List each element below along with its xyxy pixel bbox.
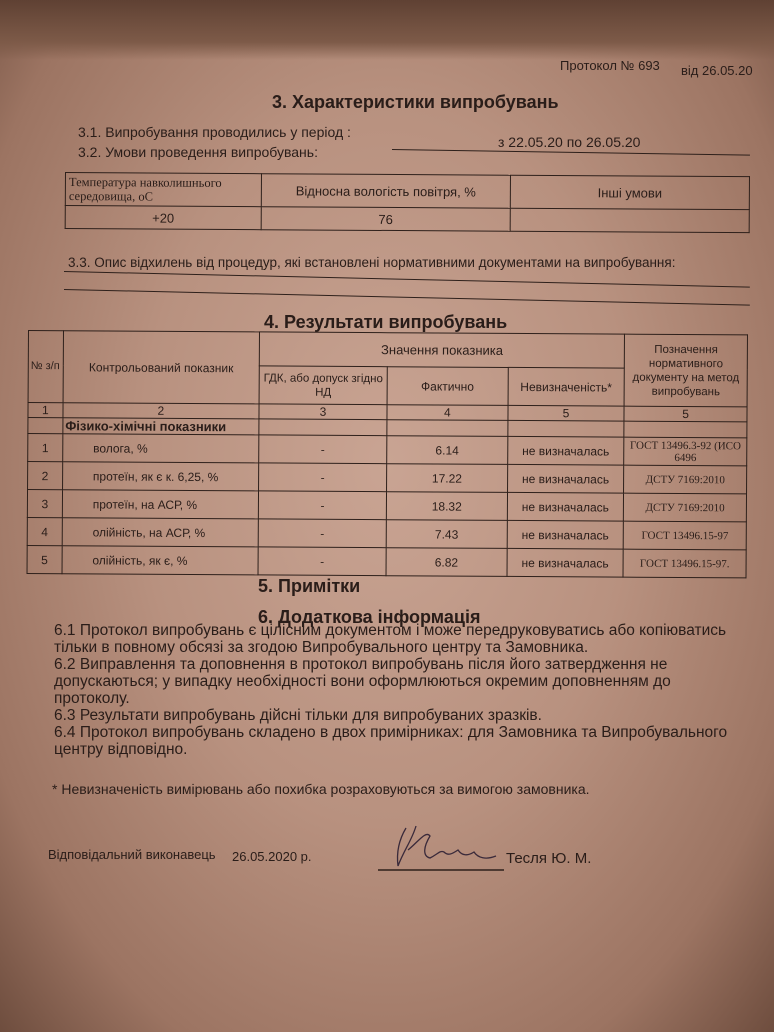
other-conditions-value — [510, 208, 749, 232]
row-actual: 6.82 — [386, 548, 507, 577]
row-uncertainty: не визначалась — [507, 492, 624, 521]
row-uncertainty: не визначалась — [507, 520, 624, 549]
row-indicator: волога, % — [63, 434, 259, 463]
col-header-indicator: Контрольований показник — [63, 331, 260, 404]
row-uncertainty: не визначалась — [507, 548, 624, 577]
conditions-table: Температура навколишнього середовища, оС… — [65, 172, 750, 233]
footnote: * Невизначеність вимірювань або похибка … — [52, 781, 590, 797]
row-indicator: протеїн, на АСР, % — [62, 490, 258, 519]
col-header-limit: ГДК, або допуск згідно НД — [259, 366, 387, 405]
group-label: Фізико-хімічні показники — [63, 418, 259, 435]
col-number: 1 — [28, 403, 63, 418]
results-table: № з/п Контрольований показник Значення п… — [27, 330, 748, 578]
row-limit: - — [258, 547, 386, 576]
row-limit: - — [258, 463, 386, 492]
item-3-2-label: 3.2. Умови проведення випробувань: — [78, 144, 318, 160]
row-actual: 6.14 — [387, 436, 508, 465]
deviation-line-2 — [64, 289, 750, 306]
row-method: ДСТУ 7169:2010 — [624, 465, 747, 494]
col-number: 4 — [387, 405, 508, 421]
row-method: ГОСТ 13496.15-97 — [624, 521, 747, 550]
row-uncertainty: не визначалась — [507, 436, 624, 465]
humidity-value: 76 — [261, 207, 510, 232]
temperature-header: Температура навколишнього середовища, оС — [65, 173, 261, 207]
row-num: 3 — [27, 490, 62, 518]
photo-background-shadow — [0, 0, 774, 60]
row-indicator: протеїн, як є к. 6,25, % — [62, 462, 258, 491]
protocol-number: Протокол № 693 — [560, 58, 660, 73]
row-method: ГОСТ 13496.15-97. — [623, 549, 746, 578]
row-num: 4 — [27, 517, 62, 545]
table-row: 4 олійність, на АСР, % - 7.43 не визнача… — [27, 517, 746, 549]
info-item-6-1: 6.1 Протокол випробувань є цілісним доку… — [54, 622, 734, 656]
row-actual: 17.22 — [387, 464, 508, 493]
other-conditions-header: Інші умови — [510, 175, 749, 209]
signature-icon — [378, 820, 508, 875]
row-uncertainty: не визначалась — [507, 464, 624, 493]
row-method: ДСТУ 7169:2010 — [624, 493, 747, 522]
row-num: 5 — [27, 545, 62, 573]
deviation-line-1 — [64, 271, 750, 288]
col-number: 2 — [63, 403, 259, 419]
table-row: 3 протеїн, на АСР, % - 18.32 не визначал… — [27, 490, 746, 522]
section-5-title: 5. Примітки — [258, 576, 360, 597]
col-header-values-group: Значення показника — [259, 332, 625, 368]
test-period: з 22.05.20 по 26.05.20 — [498, 134, 640, 150]
info-item-6-3: 6.3 Результати випробувань дійсні тільки… — [54, 707, 734, 724]
executor-name: Тесля Ю. М. — [506, 850, 591, 867]
col-header-num: № з/п — [28, 331, 63, 403]
row-actual: 7.43 — [386, 520, 507, 549]
row-indicator: олійність, як є, % — [62, 546, 258, 575]
col-number: 3 — [259, 404, 387, 420]
table-row: 2 протеїн, як є к. 6,25, % - 17.22 не ви… — [28, 462, 747, 494]
protocol-date: від 26.05.20 — [681, 63, 753, 78]
col-header-uncertainty: Невизначеність* — [508, 367, 625, 406]
row-method: ГОСТ 13496.3-92 (ИСО 6496 — [624, 437, 747, 466]
row-actual: 18.32 — [387, 492, 508, 521]
col-number: 5 — [508, 405, 625, 421]
row-num: 1 — [28, 434, 63, 462]
row-limit: - — [258, 491, 386, 520]
col-header-method: Позначення нормативного документу на мет… — [624, 334, 747, 407]
humidity-header: Відносна вологість повітря, % — [261, 174, 510, 209]
info-item-6-2: 6.2 Виправлення та доповнення в протокол… — [54, 656, 734, 707]
info-item-6-4: 6.4 Протокол випробувань складено в двох… — [54, 724, 734, 758]
row-limit: - — [259, 435, 387, 464]
responsible-role: Відповідальний виконавець — [48, 847, 216, 862]
signoff-date: 26.05.2020 р. — [232, 849, 312, 864]
col-header-actual: Фактично — [387, 367, 508, 406]
section-3-title: 3. Характеристики випробувань — [272, 92, 559, 113]
row-limit: - — [258, 519, 386, 548]
item-3-1-label: 3.1. Випробування проводились у період : — [78, 124, 351, 140]
row-indicator: олійність, на АСР, % — [62, 518, 258, 547]
section-4-title: 4. Результати випробувань — [264, 312, 507, 333]
item-3-3-label: 3.3. Опис відхилень від процедур, які вс… — [68, 255, 675, 270]
col-number: 5 — [624, 406, 747, 422]
table-row: 5 олійність, як є, % - 6.82 не визначала… — [27, 545, 746, 577]
temperature-value: +20 — [65, 206, 261, 230]
row-num: 2 — [28, 462, 63, 490]
table-row: 1 волога, % - 6.14 не визначалась ГОСТ 1… — [28, 434, 747, 466]
